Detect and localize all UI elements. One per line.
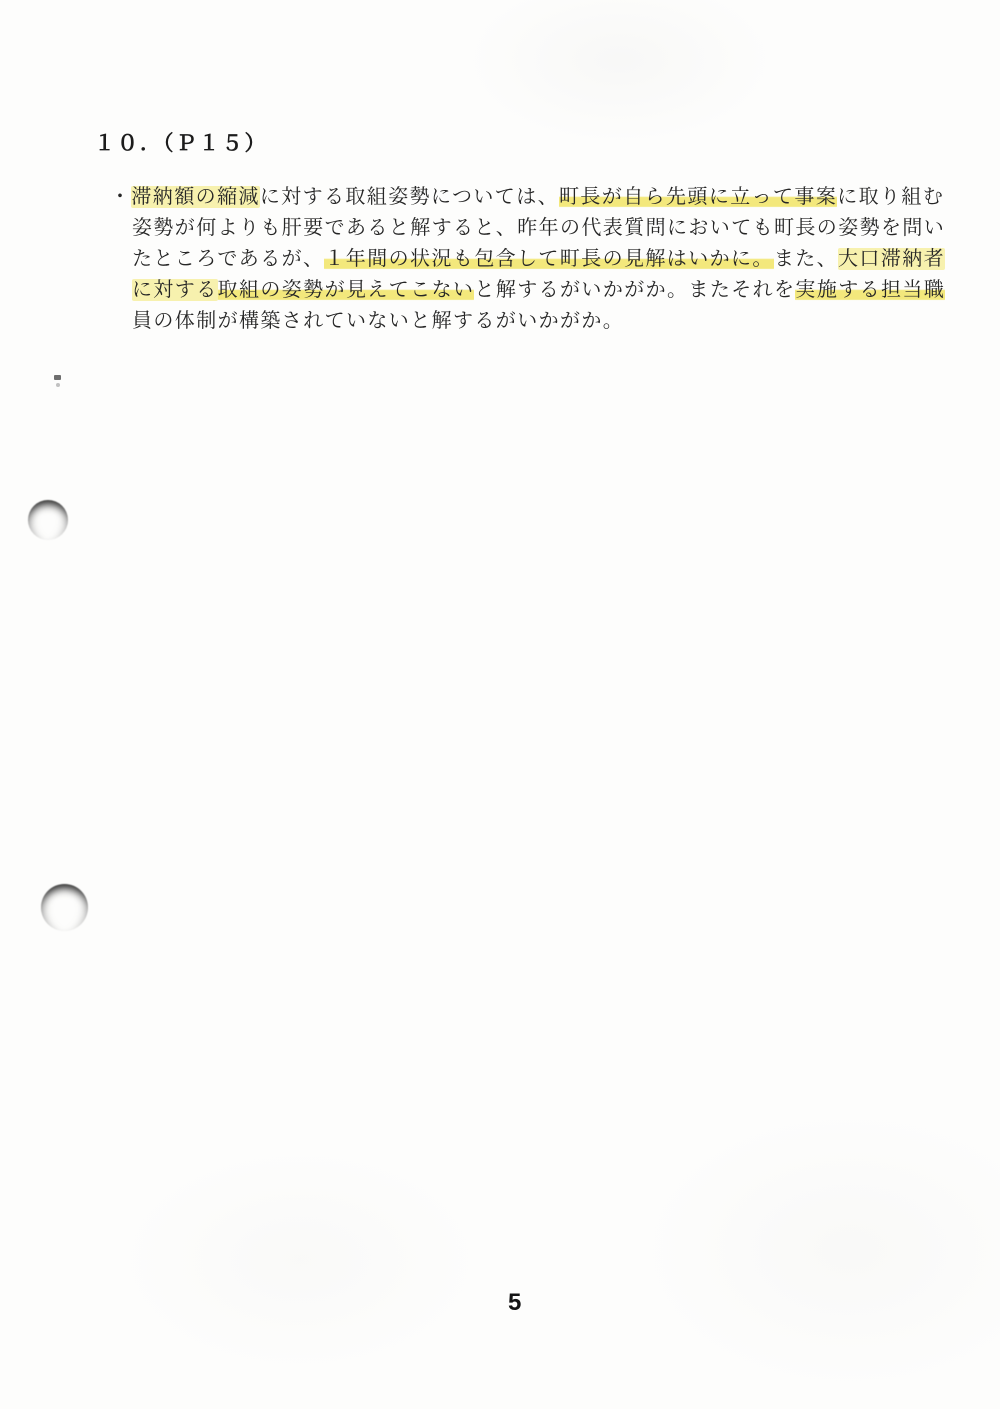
paragraph-line-3: たところであるが、１年間の状況も包含して町長の見解はいかに。また、大口滞納者 xyxy=(110,244,940,275)
text-segment: ・ xyxy=(110,186,131,208)
question-paragraph: ・滞納額の縮減に対する取組姿勢については、町長が自ら先頭に立って事案に取り組む … xyxy=(110,182,940,337)
scanned-document-page: １０．（Ｐ１５） ・滞納額の縮減に対する取組姿勢については、町長が自ら先頭に立っ… xyxy=(0,0,1000,1409)
highlighted-text-segment: １年間の状況も包含して町長の見解はいかに。 xyxy=(324,248,773,270)
paragraph-line-2: 姿勢が何よりも肝要であると解すると、昨年の代表質問においても町長の姿勢を問い xyxy=(110,213,940,244)
paragraph-line-4: に対する取組の姿勢が見えてこないと解するがいかがか。またそれを実施する担当職 xyxy=(110,275,940,306)
section-heading: １０．（Ｐ１５） xyxy=(94,127,268,157)
text-segment: に対する取組姿勢については、 xyxy=(260,186,559,208)
paragraph-line-1: ・滞納額の縮減に対する取組姿勢については、町長が自ら先頭に立って事案に取り組む xyxy=(110,182,940,213)
scan-speck xyxy=(56,383,60,387)
text-segment: 員の体制が構築されていないと解するがいかがか。 xyxy=(132,310,624,332)
highlighted-text-segment: 大口滞納者 xyxy=(838,248,945,270)
punch-hole-top xyxy=(28,500,68,540)
punch-hole-bottom xyxy=(41,884,88,931)
page-number: 5 xyxy=(508,1289,522,1317)
highlighted-text-segment: 取組の姿勢が見えてこない xyxy=(218,279,475,301)
highlighted-text-segment: に対する xyxy=(132,279,218,301)
text-segment: また、 xyxy=(774,248,838,270)
text-segment: たところであるが、 xyxy=(132,248,324,270)
highlighted-text-segment: 町長が自ら先頭に立って事案 xyxy=(559,186,837,208)
highlighted-text-segment: 滞納額の縮減 xyxy=(131,186,259,208)
text-segment: と解するがいかがか。またそれを xyxy=(474,279,795,301)
text-segment: に取り組む xyxy=(837,186,944,208)
paragraph-line-5: 員の体制が構築されていないと解するがいかがか。 xyxy=(110,306,940,337)
text-segment: 姿勢が何よりも肝要であると解すると、昨年の代表質問においても町長の姿勢を問い xyxy=(132,217,945,239)
scan-speck xyxy=(54,375,61,380)
highlighted-text-segment: 実施する担当職 xyxy=(795,279,945,301)
